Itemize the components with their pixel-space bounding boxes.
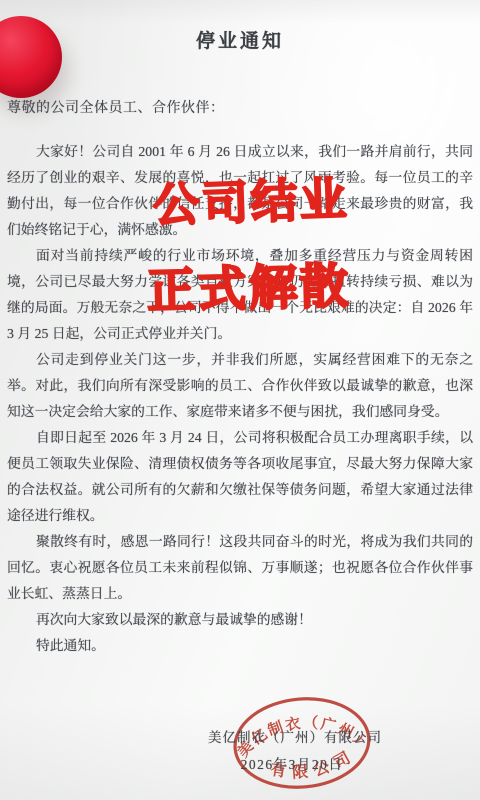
closing-apology: 再次向大家致以最深的歉意与最诚挚的感谢！ [7, 607, 473, 633]
red-stamp-text-official-dissolution: 正式解散 [146, 247, 352, 321]
red-stamp-text-company-closure: 公司结业 [152, 163, 350, 236]
paragraph-4: 自即日起至 2026 年 3 月 24 日，公司将积极配合员工办理离职手续，以便… [7, 425, 473, 529]
signature-company-name: 美亿制衣（广州）有限公司 [205, 726, 385, 746]
paragraph-3: 公司走到停业关门这一步，并非我们所愿，实属经营困难下的无奈之举。对此，我们向所有… [7, 347, 473, 425]
notice-document: 停业通知 尊敬的公司全体员工、合作伙伴： 大家好！公司自 2001 年 6 月 … [7, 0, 473, 659]
salutation: 尊敬的公司全体员工、合作伙伴： [7, 97, 473, 117]
document-title: 停业通知 [7, 26, 473, 53]
document-photo: 停业通知 尊敬的公司全体员工、合作伙伴： 大家好！公司自 2001 年 6 月 … [0, 0, 480, 800]
signature-date: 2026年3月20日 [227, 753, 357, 773]
paragraph-5: 聚散终有时，感恩一路同行！这段共同奋斗的时光，将成为我们共同的回忆。衷心祝愿各位… [7, 529, 473, 607]
notice-statement: 特此通知。 [7, 633, 473, 659]
